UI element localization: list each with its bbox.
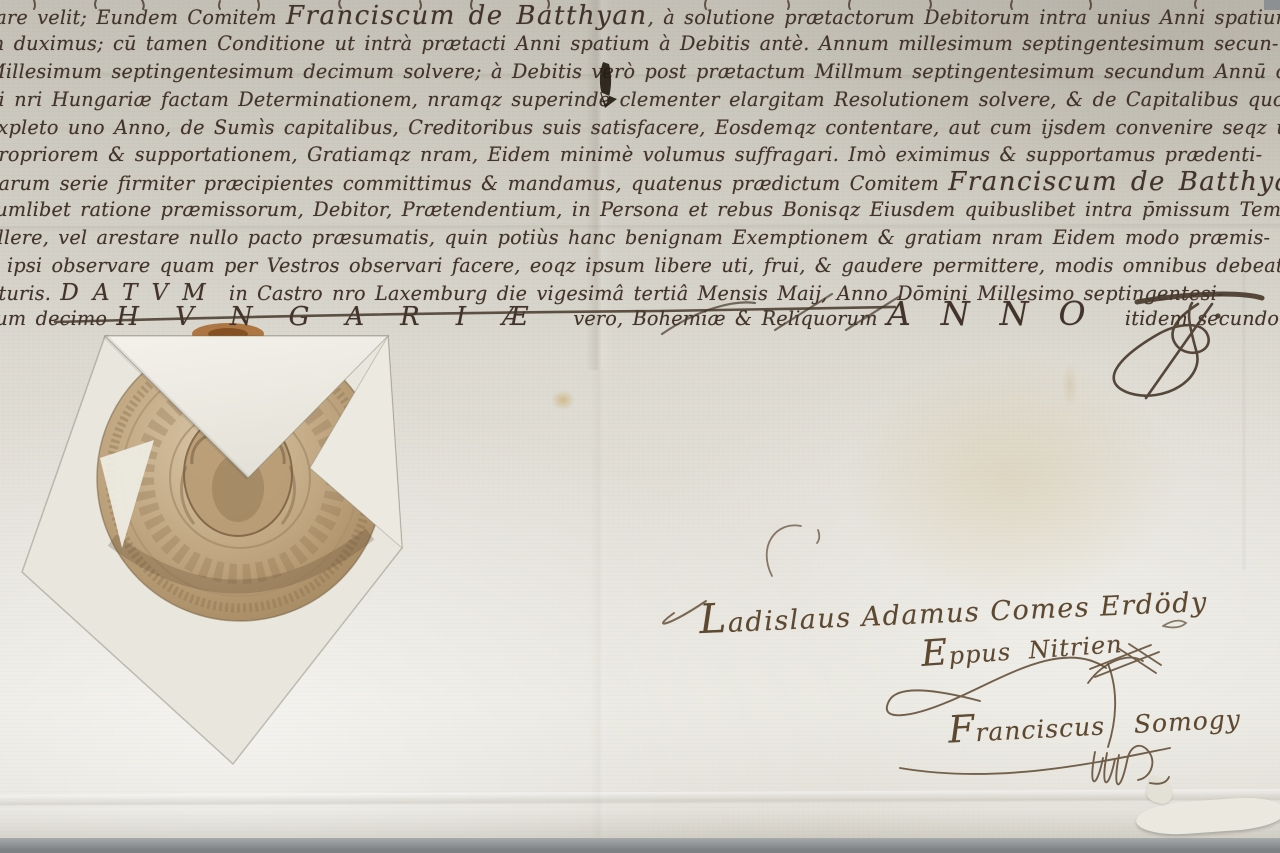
line-text: rum decimo — [0, 307, 116, 330]
table-surface — [0, 838, 1280, 853]
document-photo: rare velit; Eundem Comitem Franciscum de… — [0, 0, 1280, 853]
line-text: , à solutione prætactorum Debitorum intr… — [648, 6, 1280, 29]
name-batthyan: Franciscum de Batthyan — [286, 2, 648, 31]
line-text: m duximus; cū tamen Conditione ut intrà … — [0, 32, 1279, 55]
manuscript-text: rare velit; Eundem Comitem Franciscum de… — [0, 0, 1280, 360]
line-text: vero, Bohemiæ & Reliquorum — [564, 307, 887, 330]
manuscript-line: ellere, vel arestare nullo pacto præsuma… — [0, 224, 1280, 252]
manuscript-line: rum decimo HVNGARIÆ vero, Bohemiæ & Reli… — [0, 300, 1280, 333]
line-text: itidem secundo. — [1116, 307, 1280, 330]
manuscript-line: barum serie firmiter præcipientes commit… — [0, 168, 1280, 198]
line-text: ni nri Hungariæ factam Determinationem, … — [0, 88, 1280, 111]
hungariae-word: HVNGARIÆ — [116, 302, 564, 332]
manuscript-line: ò ipsi observare quam per Vestros observ… — [0, 252, 1280, 280]
manuscript-line: rumlibet ratione præmissorum, Debitor, P… — [0, 196, 1280, 224]
name-batthyan: Franciscum de Batthyan — [948, 168, 1280, 197]
line-text: barum serie firmiter præcipientes commit… — [0, 172, 948, 195]
line-text: ellere, vel arestare nullo pacto præsuma… — [0, 226, 1270, 249]
anno-word: ANNO — [887, 300, 1116, 333]
line-text: Millesimum septingentesimum decimum solv… — [0, 60, 1280, 83]
manuscript-line: expleto uno Anno, de Sumìs capitalibus, … — [0, 114, 1280, 142]
manuscript-line: ni nri Hungariæ factam Determinationem, … — [0, 86, 1280, 114]
manuscript-line: m duximus; cū tamen Conditione ut intrà … — [0, 30, 1280, 58]
line-text: propriorem & supportationem, Gratiamqz n… — [0, 143, 1262, 166]
manuscript-line: rare velit; Eundem Comitem Franciscum de… — [0, 2, 1280, 32]
line-text: rumlibet ratione præmissorum, Debitor, P… — [0, 198, 1280, 221]
manuscript-line: propriorem & supportationem, Gratiamqz n… — [0, 141, 1280, 169]
manuscript-line: Millesimum septingentesimum decimum solv… — [0, 58, 1280, 86]
line-text: rare velit; Eundem Comitem — [0, 6, 286, 29]
line-text: expleto uno Anno, de Sumìs capitalibus, … — [0, 116, 1280, 139]
line-text: ò ipsi observare quam per Vestros observ… — [0, 254, 1280, 277]
